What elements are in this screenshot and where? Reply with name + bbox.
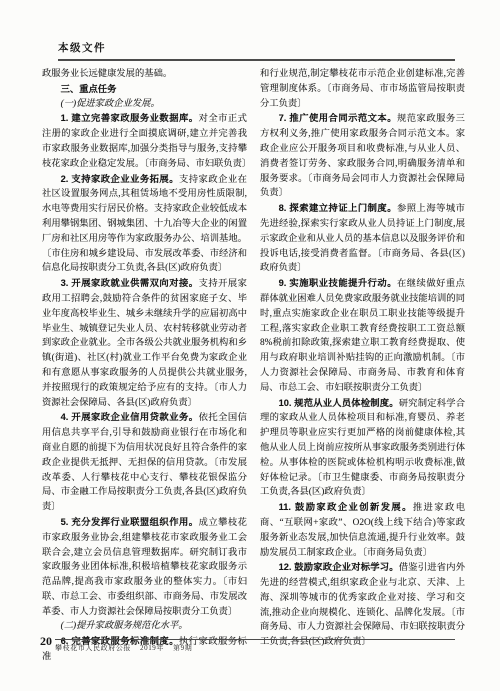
item-title: 5. 充分发挥行业联盟组织作用。 bbox=[61, 517, 199, 527]
section-tab: 本级文件 bbox=[58, 38, 455, 61]
item-body: 在继续做好重点群体就业困难人员免费家政服务就业技能培训的同时,重点实施家政企业在… bbox=[260, 279, 465, 393]
paragraph-item-8: 8. 探索建立持证上门制度。参照上海等城市先进经验,探索实行家政从业人员持证上门… bbox=[260, 201, 465, 276]
item-title: 8. 探索建立持证上门制度。 bbox=[279, 203, 397, 213]
item-body: 成立攀枝花市家政服务业协会,组建攀枝花市家政服务业工会联合会,建立会员信息管理数… bbox=[42, 518, 247, 617]
item-body: 研究制定科学合理的家政从业人员体检项目和标准,育婴员、养老护理员等职业应实行更加… bbox=[260, 399, 465, 498]
page-footer: 20 攀枝花市人民政府公报 2019年 第9期 bbox=[40, 635, 455, 653]
paragraph-item-11: 11. 鼓励家政企业创新发展。推进家政电商、“互联网+家政”、O2O(线上线下结… bbox=[260, 500, 465, 560]
journal-issue: 第9期 bbox=[173, 643, 192, 653]
text-column-left: 政服务业长远健康发展的基础。 三、重点任务 (一)促进家政企业发展。 1. 建立… bbox=[42, 67, 247, 665]
item-title: 3. 开展家政就业供需双向对接。 bbox=[61, 278, 199, 288]
subsection-heading: (二)提升家政服务规范化水平。 bbox=[42, 619, 247, 634]
item-body: 参照上海等城市先进经验,探索实行家政从业人员持证上门制度,展示家政企业和从业人员… bbox=[260, 204, 465, 273]
journal-title: 攀枝花市人民政府公报 bbox=[55, 643, 131, 653]
paragraph-item-1: 1. 建立完善家政服务业数据库。对全市正式注册的家政企业进行全面摸底调研,建立并… bbox=[42, 111, 247, 171]
paragraph-item-7: 7. 推广使用合同示范文本。规范家政服务三方权利义务,推广使用家政服务合同示范文… bbox=[260, 111, 465, 201]
journal-year: 2019年 bbox=[140, 643, 164, 653]
item-title: 10. 规范从业人员体检制度。 bbox=[279, 398, 399, 408]
item-title: 11. 鼓励家政企业创新发展。 bbox=[279, 502, 413, 512]
item-title: 1. 建立完善家政服务业数据库。 bbox=[61, 113, 199, 123]
item-title: 7. 推广使用合同示范文本。 bbox=[279, 113, 397, 123]
page-number: 20 bbox=[40, 635, 52, 648]
paragraph-item-9: 9. 实施职业技能提升行动。在继续做好重点群体就业困难人员免费家政服务就业技能培… bbox=[260, 276, 465, 395]
section-tab-label: 本级文件 bbox=[58, 42, 106, 54]
item-body: 依托全国信用信息共享平台,引导和鼓励商业银行在市场化和商业自愿的前提下为信用状况… bbox=[42, 413, 247, 512]
item-title: 4. 开展家政企业信用贷款业务。 bbox=[61, 412, 199, 422]
item-body: 规范家政服务三方权利义务,推广使用家政服务合同示范文本。家政企业应公开服务项目和… bbox=[260, 114, 465, 198]
item-title: 2. 支持家政企业业务拓展。 bbox=[61, 174, 179, 184]
paragraph-item-4: 4. 开展家政企业信用贷款业务。依托全国信用信息共享平台,引导和鼓励商业银行在市… bbox=[42, 410, 247, 515]
section-heading: 三、重点任务 bbox=[42, 82, 247, 97]
item-title: 12. 鼓励家政企业对标学习。 bbox=[279, 562, 399, 572]
item-body: 支持开展家政用工招聘会,鼓励符合条件的贫困家庭子女、毕业年度高校毕业生、城乡未继… bbox=[42, 279, 247, 407]
item-title: 9. 实施职业技能提升行动。 bbox=[279, 278, 397, 288]
journal-info: 攀枝花市人民政府公报 2019年 第9期 bbox=[55, 639, 455, 653]
paragraph-item-3: 3. 开展家政就业供需双向对接。支持开展家政用工招聘会,鼓励符合条件的贫困家庭子… bbox=[42, 276, 247, 410]
item-body: 支持家政企业在社区设置服务网点,其租赁场地不受用房性质限制,水电等费用实行居民价… bbox=[42, 175, 247, 274]
paragraph-item-5: 5. 充分发挥行业联盟组织作用。成立攀枝花市家政服务业协会,组建攀枝花市家政服务… bbox=[42, 515, 247, 620]
document-page: 本级文件 政服务业长远健康发展的基础。 三、重点任务 (一)促进家政企业发展。 … bbox=[0, 0, 500, 691]
paragraph-item-2: 2. 支持家政企业业务拓展。支持家政企业在社区设置服务网点,其租赁场地不受用房性… bbox=[42, 172, 247, 277]
paragraph-continuation: 和行业规范,制定攀枝花市示范企业创建标准,完善管理制度体系。〔市商务局、市市场监… bbox=[260, 67, 465, 111]
paragraph-item-10: 10. 规范从业人员体检制度。研究制定科学合理的家政从业人员体检项目和标准,育婴… bbox=[260, 396, 465, 501]
subsection-heading: (一)促进家政企业发展。 bbox=[42, 97, 247, 112]
text-column-right: 和行业规范,制定攀枝花市示范企业创建标准,完善管理制度体系。〔市商务局、市市场监… bbox=[260, 67, 465, 650]
paragraph-continuation: 政服务业长远健康发展的基础。 bbox=[42, 67, 247, 82]
